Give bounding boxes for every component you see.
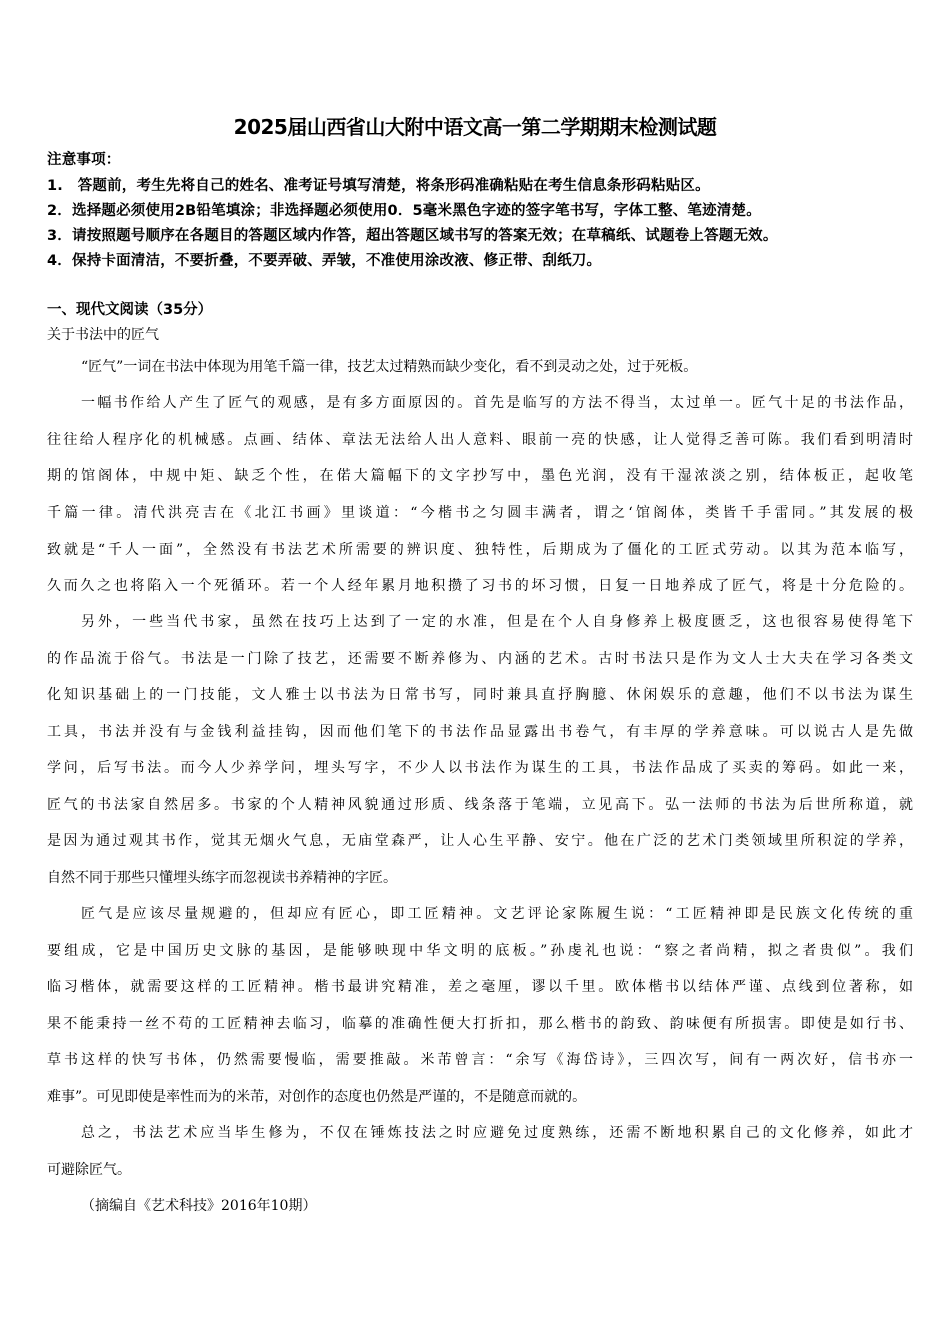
paragraph-line: 化知识基础上的一门技能，文人雅士以书法为日常书写，同时兼具直抒胸臆、休闲娱乐的意…: [47, 685, 913, 705]
paragraph-line: 久而久之也将陷入一个死循环。若一个人经年累月地积攒了习书的坏习惯，日复一日地养成…: [47, 576, 913, 596]
paragraph-line: 期的馆阁体，中规中矩、缺乏个性，在偌大篇幅下的文字抄写中，墨色光润，没有干湿浓淡…: [47, 466, 913, 486]
paragraph-line: 千篇一律。清代洪亮吉在《北江书画》里谈道：“今楷书之匀圆丰满者，谓之‘馆阁体，类…: [47, 503, 913, 523]
notice-item: 1. 答题前，考生先将自己的姓名、准考证号填写清楚，将条形码准确粘贴在考生信息条…: [47, 176, 710, 196]
section-heading: 一、现代文阅读（35分）: [47, 300, 212, 320]
paragraph-line: 匠气是应该尽量规避的，但却应有匠心，即工匠精神。文艺评论家陈履生说：“工匠精神即…: [81, 904, 913, 924]
paragraph-line: 是因为通过观其书作，觉其无烟火气息，无庙堂森严，让人心生平静、安宁。他在广泛的艺…: [47, 831, 913, 851]
paragraph-line: 致就是“千人一面”，全然没有书法艺术所需要的辨识度、独特性，后期成为了僵化的工匠…: [47, 540, 913, 560]
paragraph-line: 可避除匠气。: [47, 1160, 913, 1180]
notice-heading: 注意事项：: [47, 150, 121, 170]
paragraph-line: 匠气的书法家自然居多。书家的个人精神风貌通过形质、线条落于笔端，立见高下。弘一法…: [47, 795, 913, 815]
paragraph-line: 要组成，它是中国历史文脉的基因，是能够映现中华文明的底板。”孙虔礼也说：“察之者…: [47, 941, 913, 961]
paragraph-line: 难事”。可见即使是率性而为的米芾，对创作的态度也仍然是严谨的，不是随意而就的。: [47, 1087, 913, 1107]
paragraph-line: 草书这样的快写书体，仍然需要慢临，需要推敲。米芾曾言：“余写《海岱诗》，三四次写…: [47, 1050, 913, 1070]
notice-item: 2．选择题必须使用2B铅笔填涂；非选择题必须使用0．5毫米黑色字迹的签字笔书写，…: [47, 201, 761, 221]
paragraph-line: 临习楷体，就需要这样的工匠精神。楷书最讲究精准，差之毫厘，谬以千里。欧体楷书以结…: [47, 977, 913, 997]
article-source: （摘编自《艺术科技》2016年10期）: [81, 1196, 316, 1216]
paragraph-line: 的作品流于俗气。书法是一门除了技艺，还需要不断养修为、内涵的艺术。古时书法只是作…: [47, 649, 913, 669]
notice-item: 4．保持卡面清洁，不要折叠，不要弄破、弄皱，不准使用涂改液、修正带、刮纸刀。: [47, 251, 601, 271]
exam-title: 2025届山西省山大附中语文高一第二学期期末检测试题: [0, 113, 950, 141]
notice-item: 3．请按照题号顺序在各题目的答题区域内作答，超出答题区域书写的答案无效；在草稿纸…: [47, 226, 778, 246]
paragraph-line: 总之，书法艺术应当毕生修为，不仅在锤炼技法之时应避免过度熟练，还需不断地积累自己…: [81, 1123, 913, 1143]
paragraph-line: 学问，后写书法。而今人少养学问，埋头写字，不少人以书法作为谋生的工具，书法作品成…: [47, 758, 913, 778]
paragraph-line: “匠气”一词在书法中体现为用笔千篇一律，技艺太过精熟而缺少变化，看不到灵动之处，…: [81, 357, 913, 377]
article-title: 关于书法中的匠气: [47, 325, 159, 345]
paragraph-line: 另外，一些当代书家，虽然在技巧上达到了一定的水准，但是在个人自身修养上极度匮乏，…: [81, 612, 913, 632]
paragraph-line: 自然不同于那些只懂埋头练字而忽视读书养精神的字匠。: [47, 868, 913, 888]
paragraph-line: 一幅书作给人产生了匠气的观感，是有多方面原因的。首先是临写的方法不得当，太过单一…: [81, 393, 913, 413]
paragraph-line: 果不能秉持一丝不苟的工匠精神去临习，临摹的准确性便大打折扣，那么楷书的韵致、韵味…: [47, 1014, 913, 1034]
paragraph-line: 往往给人程序化的机械感。点画、结体、章法无法给人出人意料、眼前一亮的快感，让人觉…: [47, 430, 913, 450]
exam-page: 2025届山西省山大附中语文高一第二学期期末检测试题 注意事项： 1. 答题前，…: [0, 0, 950, 1344]
paragraph-line: 工具，书法并没有与金钱利益挂钩，因而他们笔下的书法作品显露出书卷气，有丰厚的学养…: [47, 722, 913, 742]
